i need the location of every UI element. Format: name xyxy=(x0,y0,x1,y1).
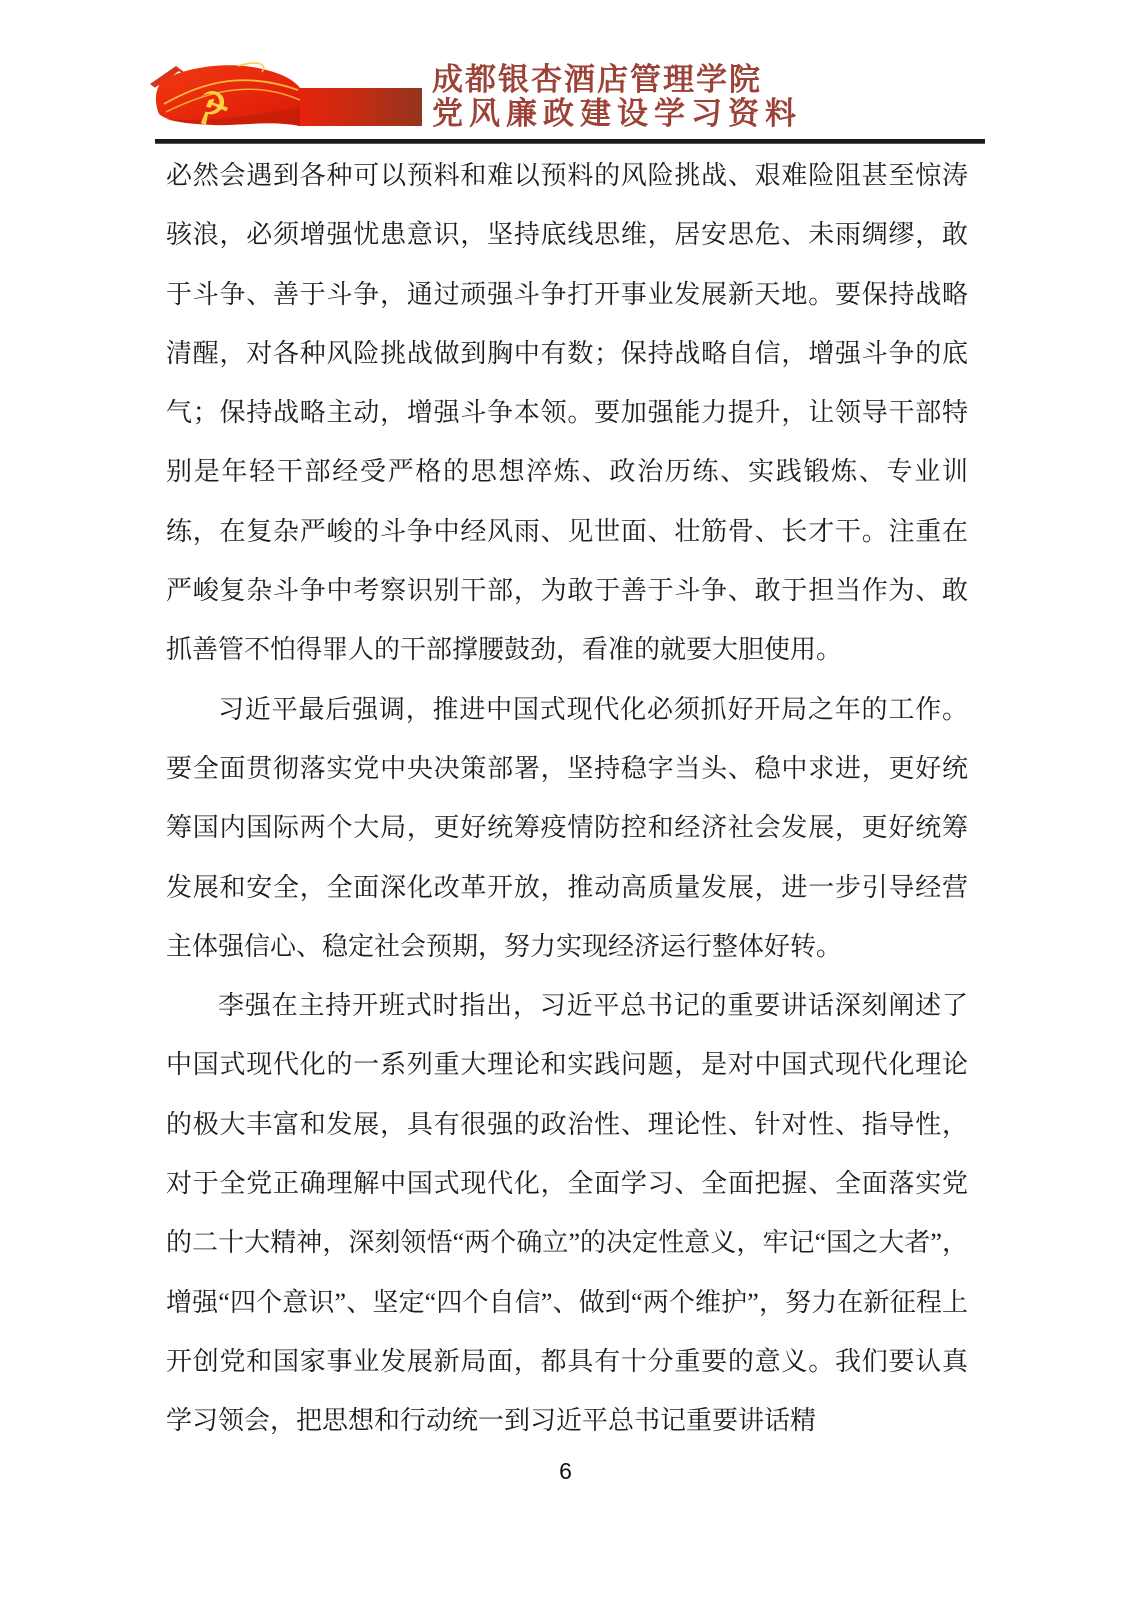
header-title-line1: 成都银杏酒店管理学院 xyxy=(432,63,802,97)
party-flag-logo: ☭ xyxy=(150,60,422,132)
header-divider-rule xyxy=(155,139,985,144)
paragraph-2: 习近平最后强调，推进中国式现代化必须抓好开局之年的工作。要全面贯彻落实党中央决策… xyxy=(166,680,968,976)
header-titles: 成都银杏酒店管理学院 党风廉政建设学习资料 xyxy=(432,63,802,131)
page-number: 6 xyxy=(559,1458,572,1484)
header-title-line2: 党风廉政建设学习资料 xyxy=(432,97,802,131)
banner-bar xyxy=(298,88,422,126)
document-body: 必然会遇到各种可以预料和难以预料的风险挑战、艰难险阻甚至惊涛骇浪，必须增强忧患意… xyxy=(166,146,968,1451)
paragraph-3: 李强在主持开班式时指出，习近平总书记的重要讲话深刻阐述了中国式现代化的一系列重大… xyxy=(166,976,968,1450)
document-page: ☭ 成都银杏酒店管理学院 党风廉政建设学习资料 必然会遇到各种可以预料和难以预料… xyxy=(0,0,1131,1600)
page-footer: 6 xyxy=(0,1458,1131,1485)
paragraph-1: 必然会遇到各种可以预料和难以预料的风险挑战、艰难险阻甚至惊涛骇浪，必须增强忧患意… xyxy=(166,146,968,680)
party-flag-graphic: ☭ xyxy=(150,60,422,132)
